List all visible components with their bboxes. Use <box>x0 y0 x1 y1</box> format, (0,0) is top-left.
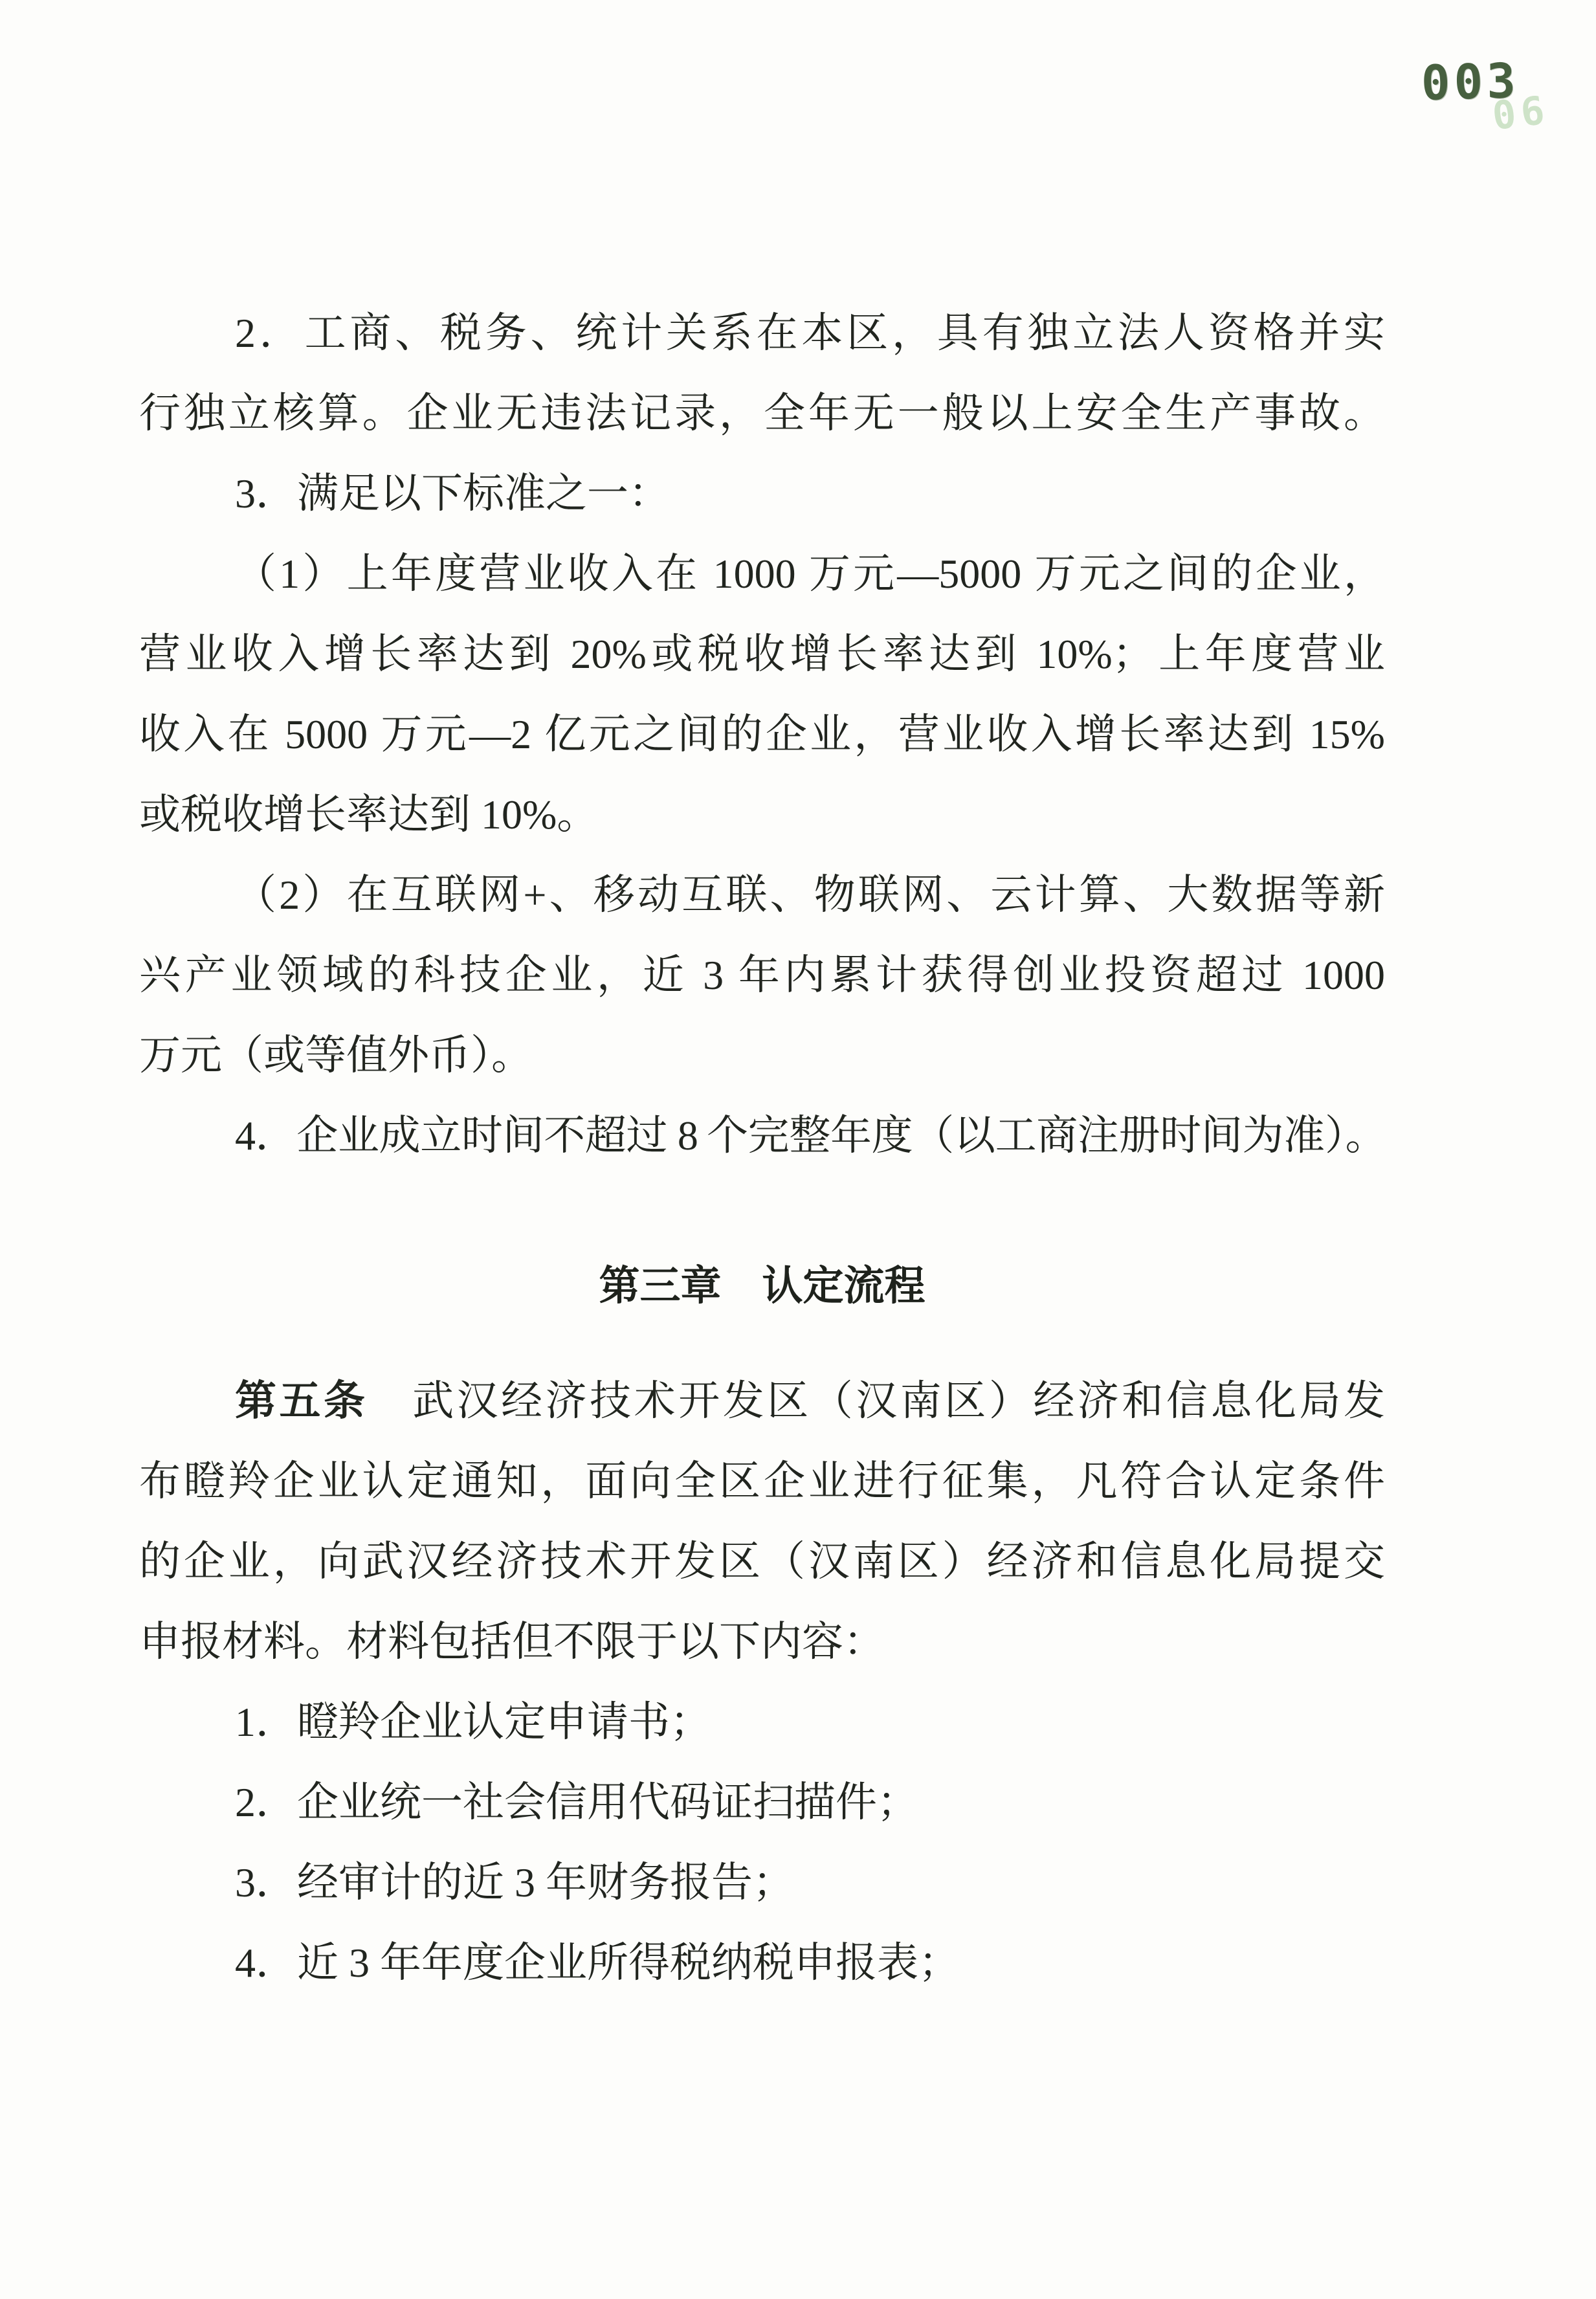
text-line: 申报材料。材料包括但不限于以下内容： <box>139 1602 1385 1682</box>
text-line: 第五条 武汉经济技术开发区（汉南区）经济和信息化局发 <box>139 1361 1385 1441</box>
text-line: （2）在互联网+、移动互联、物联网、云计算、大数据等新 <box>139 855 1385 935</box>
article-number-label: 第五条 <box>235 1377 368 1424</box>
text-line: 布瞪羚企业认定通知，面向全区企业进行征集，凡符合认定条件 <box>139 1441 1385 1522</box>
text-line: 4．近 3 年年度企业所得税纳税申报表； <box>139 1923 1385 2003</box>
chapter-heading: 第三章 认定流程 <box>139 1246 1385 1326</box>
text-line: 的企业，向武汉经济技术开发区（汉南区）经济和信息化局提交 <box>139 1522 1385 1602</box>
text-line: 3．满足以下标准之一： <box>139 454 1385 534</box>
text-line: 兴产业领域的科技企业，近 3 年内累计获得创业投资超过 1000 <box>139 935 1385 1016</box>
text-line: 1．瞪羚企业认定申请书； <box>139 1682 1385 1762</box>
text-line: 或税收增长率达到 10%。 <box>139 775 1385 855</box>
document-body-section-2: 第五条 武汉经济技术开发区（汉南区）经济和信息化局发布瞪羚企业认定通知，面向全区… <box>139 1361 1385 2003</box>
scanned-document-page: 003 06 2．工商、税务、统计关系在本区，具有独立法人资格并实行独立核算。企… <box>0 0 1596 2299</box>
text-line: 收入在 5000 万元—2 亿元之间的企业，营业收入增长率达到 15% <box>139 694 1385 775</box>
text-line: 万元（或等值外币）。 <box>139 1016 1385 1096</box>
document-body-section-1: 2．工商、税务、统计关系在本区，具有独立法人资格并实行独立核算。企业无违法记录，… <box>139 293 1385 1176</box>
text-line: 4．企业成立时间不超过 8 个完整年度（以工商注册时间为准）。 <box>139 1096 1385 1176</box>
text-line: 营业收入增长率达到 20%或税收增长率达到 10%；上年度营业 <box>139 614 1385 694</box>
text-line: 2．企业统一社会信用代码证扫描件； <box>139 1762 1385 1843</box>
text-line: 2．工商、税务、统计关系在本区，具有独立法人资格并实 <box>139 293 1385 373</box>
text-line: 3．经审计的近 3 年财务报告； <box>139 1843 1385 1923</box>
text-line: 行独立核算。企业无违法记录，全年无一般以上安全生产事故。 <box>139 373 1385 454</box>
text-line: （1）上年度营业收入在 1000 万元—5000 万元之间的企业， <box>139 534 1385 614</box>
faint-ink-stamp: 06 <box>1490 87 1552 139</box>
